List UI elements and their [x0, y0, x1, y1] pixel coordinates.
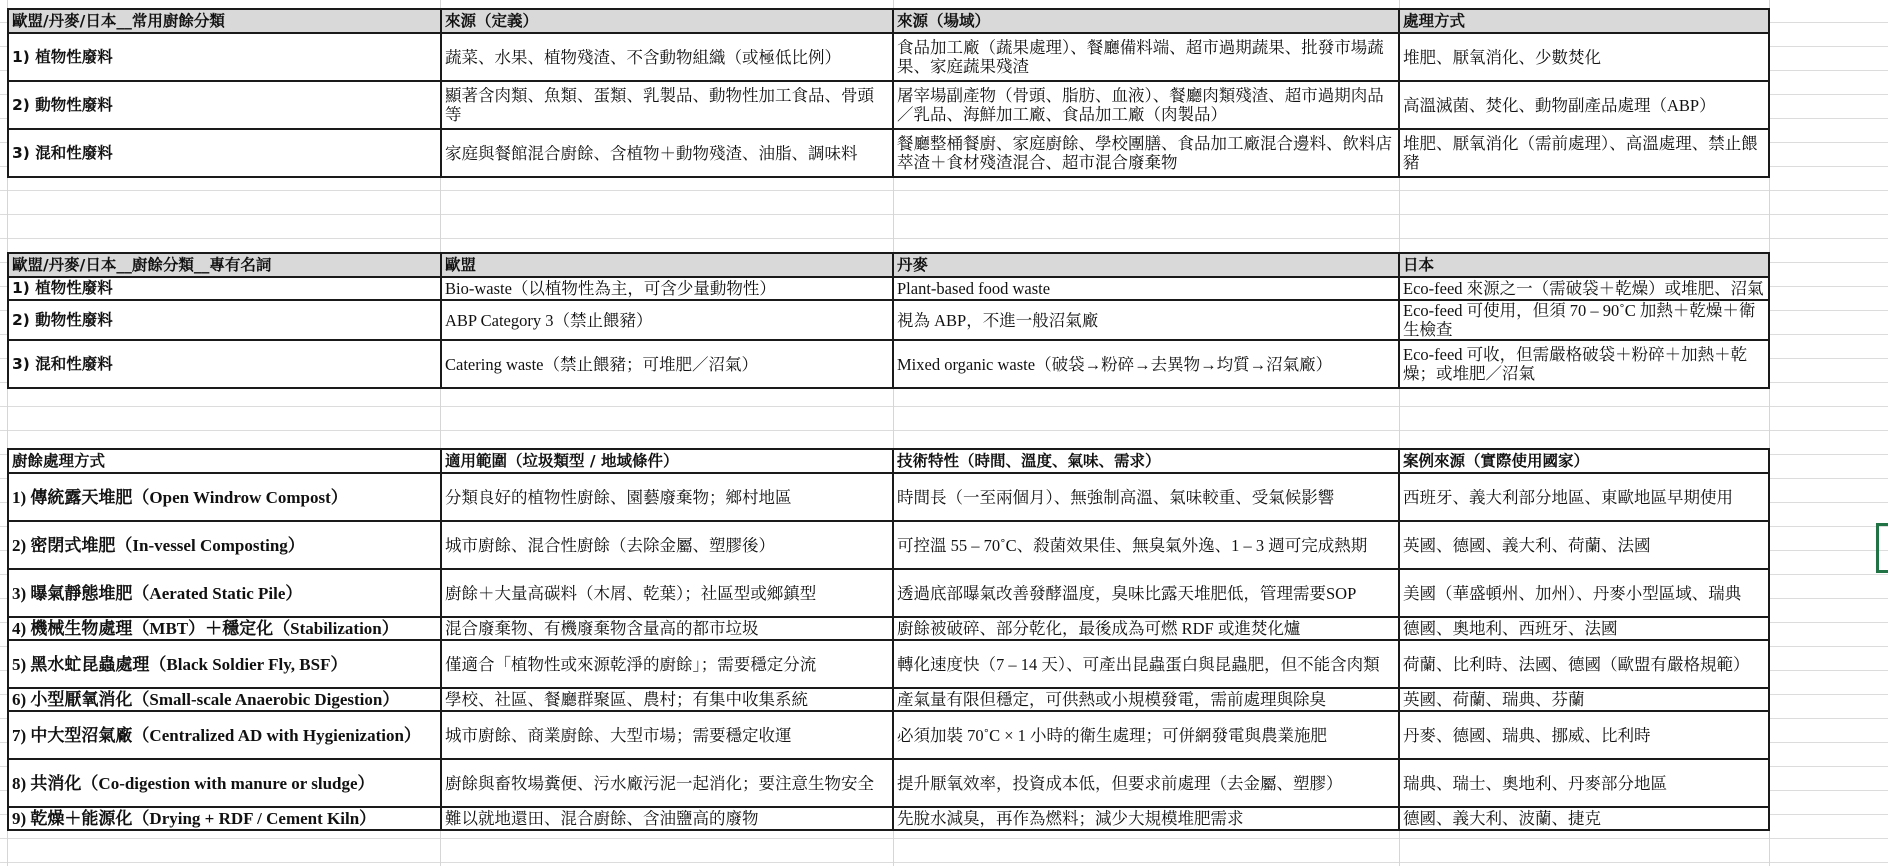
table-header-row: 歐盟/丹麥/日本__廚餘分類__專有名詞 歐盟 丹麥 日本 — [8, 253, 1769, 277]
cell[interactable]: 蔬菜、水果、植物殘渣、不含動物組織（或極低比例） — [441, 33, 893, 81]
table-row: 5) 黑水虻昆蟲處理（Black Soldier Fly, BSF） 僅適合「植… — [8, 640, 1769, 688]
cell[interactable]: Eco-feed 來源之一（需破袋＋乾燥）或堆肥、沼氣 — [1399, 277, 1769, 300]
cell[interactable]: 英國、德國、義大利、荷蘭、法國 — [1399, 521, 1769, 569]
cell[interactable]: 時間長（一至兩個月）、無強制高溫、氣味較重、受氣候影響 — [893, 473, 1399, 521]
cell[interactable]: 先脫水減臭，再作為燃料；減少大規模堆肥需求 — [893, 807, 1399, 830]
cell[interactable]: 食品加工廠（蔬果處理）、餐廳備料端、超市過期蔬果、批發市場蔬果、家庭蔬果殘渣 — [893, 33, 1399, 81]
table-row: 6) 小型厭氧消化（Small-scale Anaerobic Digestio… — [8, 688, 1769, 711]
method-cell[interactable]: 9) 乾燥＋能源化（Drying + RDF / Cement Kiln） — [8, 807, 441, 830]
cell[interactable]: 堆肥、厭氧消化、少數焚化 — [1399, 33, 1769, 81]
header-cell[interactable]: 歐盟/丹麥/日本__常用廚餘分類 — [8, 9, 441, 33]
header-cell[interactable]: 歐盟 — [441, 253, 893, 277]
method-cell[interactable]: 2) 密閉式堆肥（In-vessel Composting） — [8, 521, 441, 569]
cell[interactable]: Plant-based food waste — [893, 277, 1399, 300]
table-header-row: 廚餘處理方式 適用範圍（垃圾類型 / 地域條件） 技術特性（時間、溫度、氣味、需… — [8, 449, 1769, 473]
cell[interactable]: 瑞典、瑞士、奧地利、丹麥部分地區 — [1399, 759, 1769, 807]
table-row: 9) 乾燥＋能源化（Drying + RDF / Cement Kiln） 難以… — [8, 807, 1769, 830]
category-cell[interactable]: 3) 混和性廢料 — [8, 129, 441, 177]
cell[interactable]: 視為 ABP，不進一般沼氣廠 — [893, 300, 1399, 340]
table-header-row: 歐盟/丹麥/日本__常用廚餘分類 來源（定義） 來源（場域） 處理方式 — [8, 9, 1769, 33]
cell[interactable]: 德國、義大利、波蘭、捷克 — [1399, 807, 1769, 830]
cell[interactable]: 難以就地還田、混合廚餘、含油鹽高的廢物 — [441, 807, 893, 830]
table-row: 3) 混和性廢料 家庭與餐館混合廚餘、含植物＋動物殘渣、油脂、調味料 餐廳整桶餐… — [8, 129, 1769, 177]
header-cell[interactable]: 處理方式 — [1399, 9, 1769, 33]
header-cell[interactable]: 丹麥 — [893, 253, 1399, 277]
table-row: 8) 共消化（Co-digestion with manure or sludg… — [8, 759, 1769, 807]
cell[interactable]: 透過底部曝氣改善發酵溫度，臭味比露天堆肥低，管理需要SOP — [893, 569, 1399, 617]
cell[interactable]: 廚餘與畜牧場糞便、污水廠污泥一起消化；要注意生物安全 — [441, 759, 893, 807]
header-cell[interactable]: 案例來源（實際使用國家） — [1399, 449, 1769, 473]
table-row: 2) 動物性廢料 顯著含肉類、魚類、蛋類、乳製品、動物性加工食品、骨頭等 屠宰場… — [8, 81, 1769, 129]
table-row: 1) 植物性廢料 Bio-waste（以植物性為主，可含少量動物性） Plant… — [8, 277, 1769, 300]
category-cell[interactable]: 2) 動物性廢料 — [8, 300, 441, 340]
cell[interactable]: 學校、社區、餐廳群聚區、農村；有集中收集系統 — [441, 688, 893, 711]
cell[interactable]: 分類良好的植物性廚餘、園藝廢棄物；鄉村地區 — [441, 473, 893, 521]
header-cell[interactable]: 適用範圍（垃圾類型 / 地域條件） — [441, 449, 893, 473]
method-cell[interactable]: 6) 小型厭氧消化（Small-scale Anaerobic Digestio… — [8, 688, 441, 711]
table-row: 1) 傳統露天堆肥（Open Windrow Compost） 分類良好的植物性… — [8, 473, 1769, 521]
selected-cell-indicator[interactable] — [1876, 523, 1888, 573]
category-cell[interactable]: 2) 動物性廢料 — [8, 81, 441, 129]
cell[interactable]: 提升厭氧效率，投資成本低，但要求前處理（去金屬、塑膠） — [893, 759, 1399, 807]
cell[interactable]: 可控溫 55 – 70˚C、殺菌效果佳、無臭氣外逸、1 – 3 週可完成熱期 — [893, 521, 1399, 569]
cell[interactable]: 城市廚餘、商業廚餘、大型市場；需要穩定收運 — [441, 711, 893, 759]
method-cell[interactable]: 1) 傳統露天堆肥（Open Windrow Compost） — [8, 473, 441, 521]
table-common-classification: 歐盟/丹麥/日本__常用廚餘分類 來源（定義） 來源（場域） 處理方式 1) 植… — [7, 8, 1770, 178]
cell[interactable]: 餐廳整桶餐廚、家庭廚餘、學校團膳、食品加工廠混合邊料、飲料店萃渣＋食材殘渣混合、… — [893, 129, 1399, 177]
method-cell[interactable]: 8) 共消化（Co-digestion with manure or sludg… — [8, 759, 441, 807]
method-cell[interactable]: 3) 曝氣靜態堆肥（Aerated Static Pile） — [8, 569, 441, 617]
cell[interactable]: 丹麥、德國、瑞典、挪威、比利時 — [1399, 711, 1769, 759]
cell[interactable]: 產氣量有限但穩定，可供熱或小規模發電，需前處理與除臭 — [893, 688, 1399, 711]
header-cell[interactable]: 廚餘處理方式 — [8, 449, 441, 473]
cell[interactable]: Eco-feed 可收，但需嚴格破袋＋粉碎＋加熱＋乾燥；或堆肥／沼氣 — [1399, 340, 1769, 388]
header-cell[interactable]: 來源（場域） — [893, 9, 1399, 33]
cell[interactable]: 混合廢棄物、有機廢棄物含量高的都市垃圾 — [441, 617, 893, 640]
table-row: 2) 密閉式堆肥（In-vessel Composting） 城市廚餘、混合性廚… — [8, 521, 1769, 569]
cell[interactable]: ABP Category 3（禁止餵豬） — [441, 300, 893, 340]
cell[interactable]: Catering waste（禁止餵豬；可堆肥／沼氣） — [441, 340, 893, 388]
cell[interactable]: 高溫滅菌、焚化、動物副產品處理（ABP） — [1399, 81, 1769, 129]
cell[interactable]: 家庭與餐館混合廚餘、含植物＋動物殘渣、油脂、調味料 — [441, 129, 893, 177]
table-row: 7) 中大型沼氣廠（Centralized AD with Hygienizat… — [8, 711, 1769, 759]
cell[interactable]: 堆肥、厭氧消化（需前處理）、高溫處理、禁止餵豬 — [1399, 129, 1769, 177]
header-cell[interactable]: 技術特性（時間、溫度、氣味、需求） — [893, 449, 1399, 473]
table-treatment-methods: 廚餘處理方式 適用範圍（垃圾類型 / 地域條件） 技術特性（時間、溫度、氣味、需… — [7, 448, 1770, 831]
table-row: 3) 曝氣靜態堆肥（Aerated Static Pile） 廚餘＋大量高碳料（… — [8, 569, 1769, 617]
cell[interactable]: 僅適合「植物性或來源乾淨的廚餘」；需要穩定分流 — [441, 640, 893, 688]
cell[interactable]: Mixed organic waste（破袋→粉碎→去異物→均質→沼氣廠） — [893, 340, 1399, 388]
category-cell[interactable]: 1) 植物性廢料 — [8, 33, 441, 81]
header-cell[interactable]: 歐盟/丹麥/日本__廚餘分類__專有名詞 — [8, 253, 441, 277]
header-cell[interactable]: 日本 — [1399, 253, 1769, 277]
cell[interactable]: 荷蘭、比利時、法國、德國（歐盟有嚴格規範） — [1399, 640, 1769, 688]
header-cell[interactable]: 來源（定義） — [441, 9, 893, 33]
cell[interactable]: 城市廚餘、混合性廚餘（去除金屬、塑膠後） — [441, 521, 893, 569]
method-cell[interactable]: 7) 中大型沼氣廠（Centralized AD with Hygienizat… — [8, 711, 441, 759]
method-cell[interactable]: 5) 黑水虻昆蟲處理（Black Soldier Fly, BSF） — [8, 640, 441, 688]
table-row: 4) 機械生物處理（MBT）＋穩定化（Stabilization） 混合廢棄物、… — [8, 617, 1769, 640]
table-row: 3) 混和性廢料 Catering waste（禁止餵豬；可堆肥／沼氣） Mix… — [8, 340, 1769, 388]
cell[interactable]: 必須加裝 70˚C × 1 小時的衛生處理；可併網發電與農業施肥 — [893, 711, 1399, 759]
cell[interactable]: 廚餘被破碎、部分乾化，最後成為可燃 RDF 或進焚化爐 — [893, 617, 1399, 640]
cell[interactable]: 美國（華盛頓州、加州）、丹麥小型區域、瑞典 — [1399, 569, 1769, 617]
category-cell[interactable]: 1) 植物性廢料 — [8, 277, 441, 300]
category-cell[interactable]: 3) 混和性廢料 — [8, 340, 441, 388]
cell[interactable]: 西班牙、義大利部分地區、東歐地區早期使用 — [1399, 473, 1769, 521]
cell[interactable]: 廚餘＋大量高碳料（木屑、乾葉）；社區型或鄉鎮型 — [441, 569, 893, 617]
cell[interactable]: 顯著含肉類、魚類、蛋類、乳製品、動物性加工食品、骨頭等 — [441, 81, 893, 129]
cell[interactable]: Bio-waste（以植物性為主，可含少量動物性） — [441, 277, 893, 300]
cell[interactable]: 轉化速度快（7 – 14 天）、可產出昆蟲蛋白與昆蟲肥，但不能含肉類 — [893, 640, 1399, 688]
table-terminology: 歐盟/丹麥/日本__廚餘分類__專有名詞 歐盟 丹麥 日本 1) 植物性廢料 B… — [7, 252, 1770, 389]
method-cell[interactable]: 4) 機械生物處理（MBT）＋穩定化（Stabilization） — [8, 617, 441, 640]
cell[interactable]: 屠宰場副產物（骨頭、脂肪、血液）、餐廳肉類殘渣、超市過期肉品／乳品、海鮮加工廠、… — [893, 81, 1399, 129]
cell[interactable]: 德國、奧地利、西班牙、法國 — [1399, 617, 1769, 640]
table-row: 1) 植物性廢料 蔬菜、水果、植物殘渣、不含動物組織（或極低比例） 食品加工廠（… — [8, 33, 1769, 81]
cell[interactable]: Eco-feed 可使用，但須 70 – 90˚C 加熱＋乾燥＋衛生檢查 — [1399, 300, 1769, 340]
table-row: 2) 動物性廢料 ABP Category 3（禁止餵豬） 視為 ABP，不進一… — [8, 300, 1769, 340]
cell[interactable]: 英國、荷蘭、瑞典、芬蘭 — [1399, 688, 1769, 711]
